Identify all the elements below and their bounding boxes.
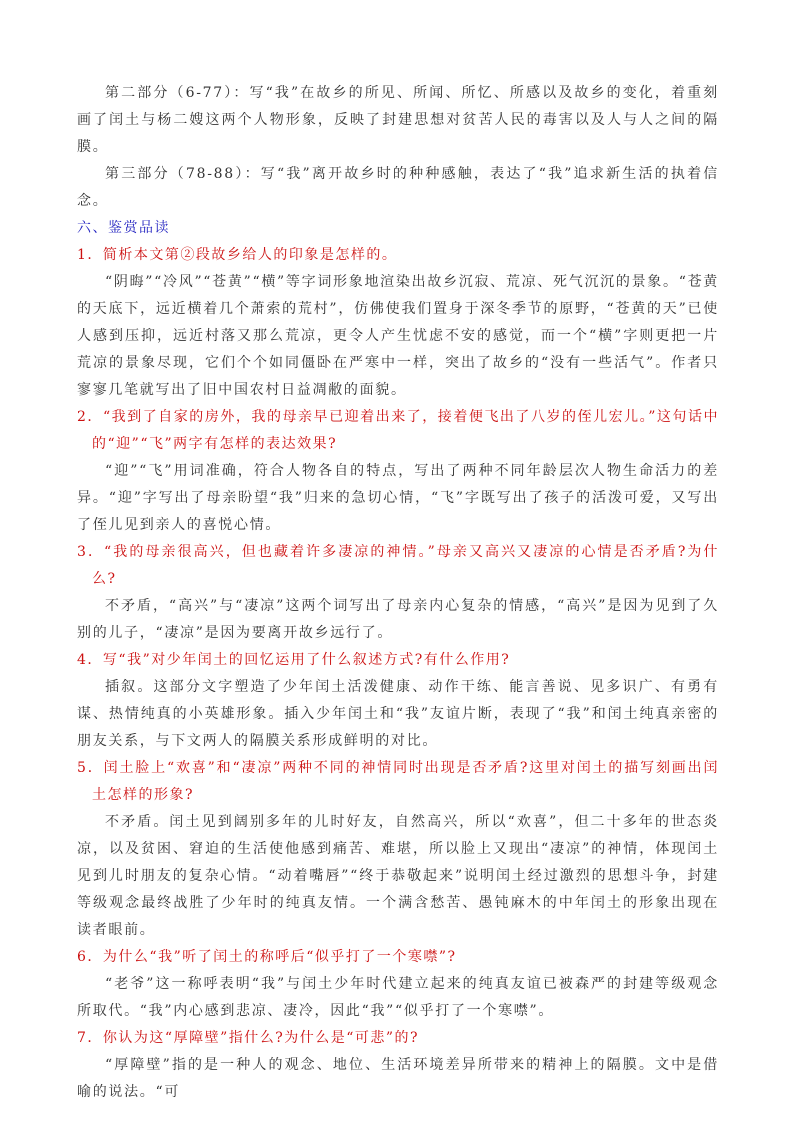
- question-5: 5．闰土脸上“欢喜”和“凄凉”两种不同的神情同时出现是否矛盾?这里对闰土的描写刻…: [77, 755, 719, 809]
- question-2: 2．“我到了自家的房外，我的母亲早已迎着出来了，接着便飞出了八岁的侄儿宏儿。”这…: [77, 404, 719, 458]
- document-page: 第二部分（6-77）：写“我”在故乡的所见、所闻、所忆、所感以及故乡的变化，着重…: [77, 80, 719, 1106]
- answer-2: “迎”“飞”用词准确，符合人物各自的特点，写出了两种不同年龄层次人物生命活力的差…: [77, 458, 719, 539]
- question-7: 7．你认为这“厚障壁”指什么?为什么是“可悲”的?: [77, 1025, 719, 1052]
- answer-6: “老爷”这一称呼表明“我”与闰土少年时代建立起来的纯真友谊已被森严的封建等级观念…: [77, 971, 719, 1025]
- answer-5: 不矛盾。闰土见到阔别多年的儿时好友，自然高兴，所以“欢喜”，但二十多年的世态炎凉…: [77, 809, 719, 944]
- question-6: 6．为什么“我”听了闰土的称呼后“似乎打了一个寒噤”?: [77, 944, 719, 971]
- intro-paragraph-part3: 第三部分（78-88）：写“我”离开故乡时的种种感触，表达了“我”追求新生活的执…: [77, 161, 719, 215]
- answer-7: “厚障壁”指的是一种人的观念、地位、生活环境差异所带来的精神上的隔膜。文中是借喻…: [77, 1052, 719, 1106]
- intro-paragraph-part2: 第二部分（6-77）：写“我”在故乡的所见、所闻、所忆、所感以及故乡的变化，着重…: [77, 80, 719, 161]
- answer-4: 插叙。这部分文字塑造了少年闰土活泼健康、动作干练、能言善说、见多识广、有勇有谋、…: [77, 674, 719, 755]
- answer-1: “阴晦”“冷风”“苍黄”“横”等字词形象地渲染出故乡沉寂、荒凉、死气沉沉的景象。…: [77, 269, 719, 404]
- answer-3: 不矛盾，“高兴”与“凄凉”这两个词写出了母亲内心复杂的情感，“高兴”是因为见到了…: [77, 593, 719, 647]
- section-heading: 六、鉴赏品读: [77, 215, 719, 242]
- question-4: 4．写“我”对少年闰土的回忆运用了什么叙述方式?有什么作用?: [77, 647, 719, 674]
- question-1: 1．简析本文第②段故乡给人的印象是怎样的。: [77, 242, 719, 269]
- question-3: 3．“我的母亲很高兴，但也藏着许多凄凉的神情。”母亲又高兴又凄凉的心情是否矛盾?…: [77, 539, 719, 593]
